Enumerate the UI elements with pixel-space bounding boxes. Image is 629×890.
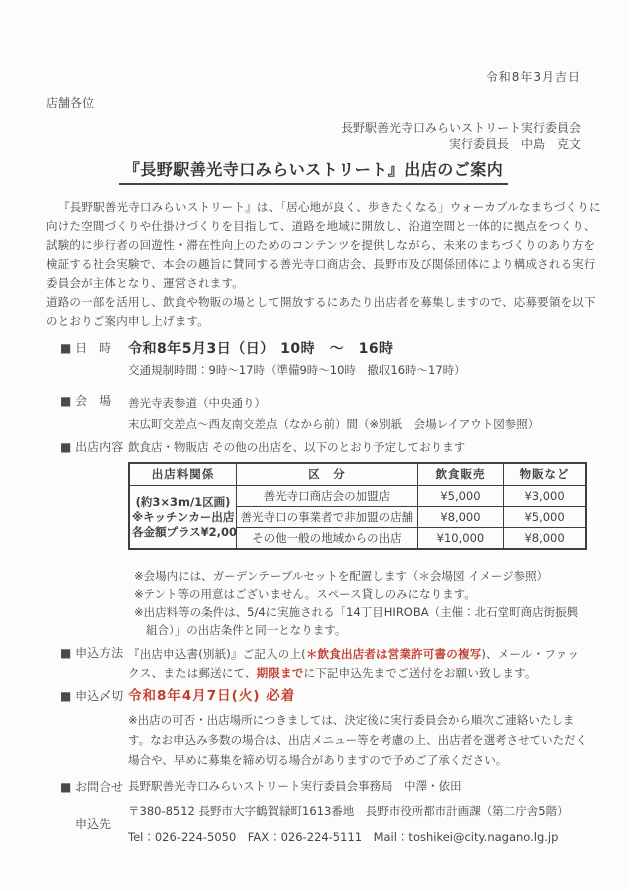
header-cell-category: 区 分 [236,463,417,486]
table-note-line: ※テント等の用意はございません。スペース貸しのみになります。 [134,585,581,603]
venue-line: 善光寺表参道（中央通り） [128,393,581,414]
fee-table-row: (約3×3m/1区画) ※キッチンカー出店 各金額プラス¥2,000～ 善光寺口… [129,486,586,507]
category-cell: その他一般の地域からの出店 [236,528,417,550]
section-venue-content: 善光寺表参道（中央通り） 末広町交差点～西友南交差点（なから前）間（※別紙 会場… [128,393,581,435]
deadline-note-line: す。なお申込み多数の場合は、出店メニュー等を考慮の上、出店者を選考させていただく [128,730,581,750]
category-cell: 善光寺口の事業者で非加盟の店舗 [236,507,417,528]
intro-line: 『長野駅善光寺口みらいストリート』は、「居心地が良く、歩きたくなる」ウォーカブル… [46,198,581,217]
fee-note-line: 各金額プラス¥2,000～ [132,525,234,540]
contact-tel-fax-mail-line: Tel：026-224-5050 FAX：026-224-5111 Mail：t… [128,830,581,845]
intro-line: のとおりご案内申し上げます。 [46,312,581,331]
title-row: 『長野駅善光寺口みらいストリート』出店のご案内 [46,159,581,185]
sender-person: 実行委員長 中島 克文 [46,136,581,152]
sender-block: 長野駅善光寺口みらいストリート実行委員会 実行委員長 中島 克文 [46,120,581,152]
section-label-deadline: ■ 申込〆切 [46,688,128,705]
header-cell-fee: 出店料関係 [129,463,236,486]
fee-note-cell: (約3×3m/1区画) ※キッチンカー出店 各金額プラス¥2,000～ [129,486,236,550]
section-contact-content: 長野駅善光寺口みらいストリート実行委員会事務局 中澤・依田 〒380-8512 … [128,779,581,845]
food-price-cell: ¥5,000 [417,486,503,507]
apply-method-text: 『出店申込書(別紙)』ご記入の上(＊飲食出店者は営業許可書の複写)、メール・ファ… [128,645,581,683]
intro-line: 試験的に歩行者の回遊性・滞在性向上のためのコンテンツを提供しながら、未来のまちづ… [46,236,581,255]
intro-line: 道路の一部を活用し、飲食や物販の場として開放するにあたり出店者を募集しますので、… [46,293,581,312]
goods-price-cell: ¥8,000 [504,528,586,550]
section-apply-method-content: 『出店申込書(別紙)』ご記入の上(＊飲食出店者は営業許可書の複写)、メール・ファ… [128,645,581,683]
deadline-date: 令和8年4月7日(火) 必着 [128,688,581,705]
deadline-note-line: ※出店の可否・出店場所につきましては、決定後に実行委員会から順次ご連絡いたしま [128,710,581,730]
section-contact: ■ お問合せ 申込先 長野駅善光寺口みらいストリート実行委員会事務局 中澤・依田… [46,779,581,845]
contact-address-line: 〒380-8512 長野市大字鶴賀緑町1613番地 長野市役所都市計画課（第二庁… [128,804,581,819]
contact-sublabel: 申込先 [60,816,128,833]
intro-line: 委員会が主体となり、運営されます。 [46,274,581,293]
food-price-cell: ¥8,000 [417,507,503,528]
contents-line: 飲食店・物販店 その他の出店を、以下のとおり予定しております [128,439,581,456]
section-datetime: ■ 日 時 令和8年5月3日（日） 10時 ～ 16時 交通規制時間：9時～17… [46,340,581,379]
apply-text-red-deadline: 期限まで [257,666,304,680]
section-venue: ■ 会 場 善光寺表参道（中央通り） 末広町交差点～西友南交差点（なから前）間（… [46,393,581,435]
intro-line: 向けた空間づくりや仕掛けづくりを目指して、道路を地域に開放し、沿道空間と一体的に… [46,217,581,236]
deadline-note-line: 場合や、早めに募集を締め切る場合がありますので予めご了承ください。 [128,750,581,770]
section-datetime-content: 令和8年5月3日（日） 10時 ～ 16時 交通規制時間：9時～17時（準備9時… [128,340,581,379]
food-price-cell: ¥10,000 [417,528,503,550]
apply-text-red-permit: ＊飲食出店者は営業許可書の複写 [306,647,482,661]
fee-note-line: ※キッチンカー出店 [132,510,234,525]
addressee: 店舗各位 [46,96,581,111]
section-label-datetime: ■ 日 時 [46,340,128,357]
section-contents: ■ 出店内容 飲食店・物販店 その他の出店を、以下のとおり予定しております [46,439,581,456]
document-date: 令和8年3月吉日 [46,70,581,85]
fee-note-line: (約3×3m/1区画) [132,495,234,510]
table-notes: ※会場内には、ガーデンテーブルセットを配置します（＊会場図 イメージ参照） ※テ… [134,567,581,639]
fee-table: 出店料関係 区 分 飲食販売 物販など (約3×3m/1区画) ※キッチンカー出… [128,462,587,550]
section-label-venue: ■ 会 場 [46,393,128,410]
section-label-contact: ■ お問合せ 申込先 [46,779,128,833]
table-note-line: ※会場内には、ガーデンテーブルセットを配置します（＊会場図 イメージ参照） [134,567,581,585]
document-page: 令和8年3月吉日 店舗各位 長野駅善光寺口みらいストリート実行委員会 実行委員長… [0,0,629,890]
deadline-note: ※出店の可否・出店場所につきましては、決定後に実行委員会から順次ご連絡いたしま … [128,710,581,770]
header-cell-food: 飲食販売 [417,463,503,486]
event-datetime: 令和8年5月3日（日） 10時 ～ 16時 [128,340,581,358]
intro-line: 検証する社会実験で、本会の趣旨に賛同する善光寺口商店会、長野市及び関係団体により… [46,255,581,274]
apply-text-segment: 『出店申込書(別紙)』ご記入の上( [128,647,306,661]
table-note-line: ※出店料等の条件は、5/4に実施される「14丁目HIROBA（主催：北石堂町商店… [134,603,581,621]
apply-text-segment: に下記申込先までご送付をお願い致します。 [304,666,537,680]
section-label-contents: ■ 出店内容 [46,439,128,456]
contact-office-line: 長野駅善光寺口みらいストリート実行委員会事務局 中澤・依田 [128,779,581,794]
traffic-regulation-hours: 交通規制時間：9時～17時（準備9時～10時 撤収16時～17時） [128,361,581,379]
page-title: 『長野駅善光寺口みらいストリート』出店のご案内 [119,159,509,185]
section-label-apply-method: ■ 申込方法 [46,645,128,662]
section-deadline-content: 令和8年4月7日(火) 必着 ※出店の可否・出店場所につきましては、決定後に実行… [128,688,581,770]
fee-table-header-row: 出店料関係 区 分 飲食販売 物販など [129,463,586,486]
category-cell: 善光寺口商店会の加盟店 [236,486,417,507]
venue-line: 末広町交差点～西友南交差点（なから前）間（※別紙 会場レイアウト図参照） [128,414,581,435]
table-note-line: 組合）」の出店条件と同一となります。 [134,621,581,639]
goods-price-cell: ¥3,000 [504,486,586,507]
goods-price-cell: ¥5,000 [504,507,586,528]
contact-label: ■ お問合せ [60,779,128,796]
section-contents-content: 飲食店・物販店 その他の出店を、以下のとおり予定しております [128,439,581,456]
intro-paragraph: 『長野駅善光寺口みらいストリート』は、「居心地が良く、歩きたくなる」ウォーカブル… [46,198,581,331]
section-deadline: ■ 申込〆切 令和8年4月7日(火) 必着 ※出店の可否・出店場所につきましては… [46,688,581,770]
header-cell-goods: 物販など [504,463,586,486]
section-apply-method: ■ 申込方法 『出店申込書(別紙)』ご記入の上(＊飲食出店者は営業許可書の複写)… [46,645,581,683]
sender-organization: 長野駅善光寺口みらいストリート実行委員会 [46,120,581,136]
